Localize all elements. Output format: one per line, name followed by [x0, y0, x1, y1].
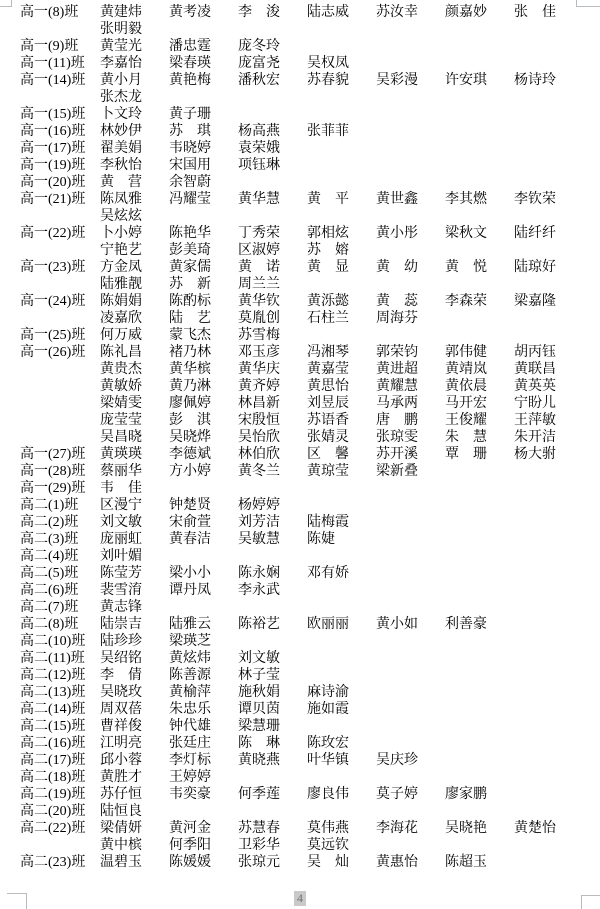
student-name: 郭相炫	[307, 225, 376, 242]
student-name: 黄靖岚	[445, 361, 514, 378]
student-name: 陆恒良	[100, 803, 169, 820]
student-name: 黄华钦	[238, 293, 307, 310]
student-name: 吴彩漫	[376, 72, 445, 89]
student-name: 朱 慧	[445, 429, 514, 446]
student-name: 刘叶媚	[100, 548, 169, 565]
student-name: 张杰龙	[100, 89, 169, 106]
student-name: 黄琼莹	[307, 463, 376, 480]
student-name: 丁秀荣	[238, 225, 307, 242]
student-name: 黄艳梅	[169, 72, 238, 89]
margin-corner-mark-bottom-left	[7, 893, 27, 909]
roster-line: 高二(4)班 刘叶媚	[20, 548, 583, 565]
student-name: 袁荣娥	[238, 140, 307, 157]
student-name: 叶华镇	[307, 752, 376, 769]
class-label: 高二(11)班	[20, 650, 100, 667]
student-name: 杨婷婷	[238, 497, 307, 514]
student-name: 梁小小	[169, 565, 238, 582]
roster-line: 高一(28)班 蔡丽华方小婷黄冬兰黄琼莹梁新叠	[20, 463, 583, 480]
student-name: 廖良伟	[307, 786, 376, 803]
roster-line: 高一(21)班 陈凤雅冯耀莹黄华慧黄 平黄世鑫李其燃李钦荣	[20, 191, 583, 208]
student-name: 陈凤雅	[100, 191, 169, 208]
class-roster: 高一(8)班 黄建炜黄考凌李 浚陆志威苏汝幸颜嘉妙张 佳 张明毅 高一(9)班 …	[20, 4, 583, 871]
student-name: 吴庆珍	[376, 752, 445, 769]
student-name: 张婧灵	[307, 429, 376, 446]
roster-line: 黄贵杰黄华槟黄华庆黄嘉莹黄进超黄靖岚黄联昌	[20, 361, 583, 378]
student-name: 周兰兰	[238, 276, 307, 293]
student-name: 黄楚怡	[514, 820, 583, 837]
student-name: 庞莹莹	[100, 412, 169, 429]
student-name: 李 浚	[238, 4, 307, 21]
student-name: 吴炫炫	[100, 208, 169, 225]
roster-line: 高二(3)班 庞丽虹黄春洁吴敏慧陈婕	[20, 531, 583, 548]
student-name: 廖家鹏	[445, 786, 514, 803]
roster-line: 高一(29)班 韦 佳	[20, 480, 583, 497]
class-label	[20, 21, 100, 38]
class-label: 高一(9)班	[20, 38, 100, 55]
student-name: 梁婧雯	[100, 395, 169, 412]
class-label	[20, 361, 100, 378]
roster-line: 高二(1)班 区漫宁钟楚贤杨婷婷	[20, 497, 583, 514]
class-label	[20, 310, 100, 327]
student-name: 潘忠霆	[169, 38, 238, 55]
student-name: 江明亮	[100, 735, 169, 752]
student-name: 黄家儒	[169, 259, 238, 276]
class-label	[20, 276, 100, 293]
student-name: 陈艳华	[169, 225, 238, 242]
class-label: 高一(27)班	[20, 446, 100, 463]
roster-line: 张明毅	[20, 21, 583, 38]
student-name: 冯湘琴	[307, 344, 376, 361]
student-name: 温碧玉	[100, 854, 169, 871]
student-name: 梁春瑛	[169, 55, 238, 72]
student-name: 林昌新	[238, 395, 307, 412]
class-label	[20, 89, 100, 106]
student-name: 吴绍铭	[100, 650, 169, 667]
roster-line: 高一(8)班 黄建炜黄考凌李 浚陆志威苏汝幸颜嘉妙张 佳	[20, 4, 583, 21]
student-name: 彭美琦	[169, 242, 238, 259]
class-label: 高一(25)班	[20, 327, 100, 344]
class-label: 高二(22)班	[20, 820, 100, 837]
student-name: 吴晓烨	[169, 429, 238, 446]
student-name: 苏汝幸	[376, 4, 445, 21]
document-page: 高一(8)班 黄建炜黄考凌李 浚陆志威苏汝幸颜嘉妙张 佳 张明毅 高一(9)班 …	[0, 0, 600, 909]
student-name: 刘芳洁	[238, 514, 307, 531]
student-name: 黄耀慧	[376, 378, 445, 395]
student-name: 黄小月	[100, 72, 169, 89]
student-name: 周海芬	[376, 310, 445, 327]
student-name: 李海花	[376, 820, 445, 837]
student-name: 陆雅靓	[100, 276, 169, 293]
student-name: 吴权凤	[307, 55, 376, 72]
roster-line: 高二(11)班 吴绍铭黄炫炜刘文敏	[20, 650, 583, 667]
roster-line: 高一(11)班 李嘉怡梁春瑛庞富尧吴权凤	[20, 55, 583, 72]
student-name: 卫彩华	[238, 837, 307, 854]
roster-line: 高二(13)班 吴晓玫黄榆萍施秋娟麻诗渝	[20, 684, 583, 701]
student-name: 梁慧珊	[238, 718, 307, 735]
student-name: 陈永娴	[238, 565, 307, 582]
class-label: 高二(4)班	[20, 548, 100, 565]
student-name: 黄小彤	[376, 225, 445, 242]
student-name: 钟代雄	[169, 718, 238, 735]
student-name: 许安琪	[445, 72, 514, 89]
student-name: 刘文敏	[100, 514, 169, 531]
class-label: 高一(14)班	[20, 72, 100, 89]
student-name: 周双蓓	[100, 701, 169, 718]
student-name: 张琼雯	[376, 429, 445, 446]
roster-line: 高一(26)班 陈礼昌褚乃林邓玉彦冯湘琴郭荣钧郭伟健胡丙钰	[20, 344, 583, 361]
student-name: 廖佩婷	[169, 395, 238, 412]
student-name: 宋国用	[169, 157, 238, 174]
student-name: 梁瑛芝	[169, 633, 238, 650]
student-name: 杨大驸	[514, 446, 583, 463]
student-name: 黄莹光	[100, 38, 169, 55]
student-name: 李永武	[238, 582, 307, 599]
student-name: 黄榆萍	[169, 684, 238, 701]
student-name: 陆琼好	[514, 259, 583, 276]
student-name: 黄小如	[376, 616, 445, 633]
student-name: 钟楚贤	[169, 497, 238, 514]
roster-line: 高一(17)班 翟美娟韦晓婷袁荣娥	[20, 140, 583, 157]
roster-line: 高二(10)班 陆珍珍梁瑛芝	[20, 633, 583, 650]
student-name: 马开宏	[445, 395, 514, 412]
roster-line: 高一(14)班 黄小月黄艳梅潘秋宏苏春貌吴彩漫许安琪杨诗玲	[20, 72, 583, 89]
roster-line: 高一(27)班 黄瑛瑛李德斌林伯欣区 馨苏开溪覃 珊杨大驸	[20, 446, 583, 463]
class-label: 高一(24)班	[20, 293, 100, 310]
student-name: 蔡丽华	[100, 463, 169, 480]
student-name: 朱开洁	[514, 429, 583, 446]
class-label: 高二(17)班	[20, 752, 100, 769]
student-name: 吴敏慧	[238, 531, 307, 548]
class-label: 高二(15)班	[20, 718, 100, 735]
student-name: 邓玉彦	[238, 344, 307, 361]
roster-line: 吴昌晓吴晓烨吴怡欣张婧灵张琼雯朱 慧朱开洁	[20, 429, 583, 446]
roster-line: 高一(25)班 何万威蒙飞杰苏雪梅	[20, 327, 583, 344]
student-name: 苏 嫆	[307, 242, 376, 259]
roster-line: 张杰龙	[20, 89, 583, 106]
student-name: 吴晓艳	[445, 820, 514, 837]
student-name: 莫远钦	[307, 837, 376, 854]
roster-line: 高一(15)班 卜文玲黄子珊	[20, 106, 583, 123]
student-name: 黄敏娇	[100, 378, 169, 395]
student-name: 黄依晨	[445, 378, 514, 395]
student-name: 项钰琳	[238, 157, 307, 174]
roster-line: 高二(12)班 李 倩陈善源林子莹	[20, 667, 583, 684]
student-name: 黄炫炜	[169, 650, 238, 667]
student-name: 李秋怡	[100, 157, 169, 174]
class-label: 高一(11)班	[20, 55, 100, 72]
student-name: 黄华槟	[169, 361, 238, 378]
class-label: 高一(16)班	[20, 123, 100, 140]
class-label	[20, 378, 100, 395]
roster-line: 高一(19)班 李秋怡宋国用项钰琳	[20, 157, 583, 174]
student-name: 庞富尧	[238, 55, 307, 72]
student-name: 黄子珊	[169, 106, 238, 123]
class-label	[20, 837, 100, 854]
class-label: 高一(8)班	[20, 4, 100, 21]
student-name: 庞冬玲	[238, 38, 307, 55]
roster-line: 陆雅靓苏 新周兰兰	[20, 276, 583, 293]
class-label: 高二(13)班	[20, 684, 100, 701]
student-name: 马承两	[376, 395, 445, 412]
student-name: 李钦荣	[514, 191, 583, 208]
student-name: 陈礼昌	[100, 344, 169, 361]
student-name: 苏仔恒	[100, 786, 169, 803]
student-name: 黄 幼	[376, 259, 445, 276]
student-name: 方小婷	[169, 463, 238, 480]
student-name: 陈婕	[307, 531, 376, 548]
student-name: 胡丙钰	[514, 344, 583, 361]
student-name: 梁倩妍	[100, 820, 169, 837]
class-label: 高一(20)班	[20, 174, 100, 191]
student-name: 陈娟娟	[100, 293, 169, 310]
student-name: 韦 佳	[100, 480, 169, 497]
roster-line: 宁艳艺彭美琦区淑婷苏 嫆	[20, 242, 583, 259]
roster-line: 高二(23)班 温碧玉陈媛媛张琼元吴 灿黄惠怡陈超玉	[20, 854, 583, 871]
student-name: 方金凤	[100, 259, 169, 276]
student-name: 黄世鑫	[376, 191, 445, 208]
class-label	[20, 395, 100, 412]
class-label: 高二(7)班	[20, 599, 100, 616]
student-name: 何万威	[100, 327, 169, 344]
student-name: 陆雅云	[169, 616, 238, 633]
student-name: 黄贵杰	[100, 361, 169, 378]
student-name: 陈莹芳	[100, 565, 169, 582]
roster-line: 梁婧雯廖佩婷林昌新刘昱辰马承两马开宏宁盼儿	[20, 395, 583, 412]
roster-line: 高一(22)班 卜小婷陈艳华丁秀荣郭相炫黄小彤梁秋文陆纤纤	[20, 225, 583, 242]
student-name: 黄 平	[307, 191, 376, 208]
student-name: 黄志锋	[100, 599, 169, 616]
student-name: 褚乃林	[169, 344, 238, 361]
roster-line: 高二(7)班 黄志锋	[20, 599, 583, 616]
student-name: 宁艳艺	[100, 242, 169, 259]
class-label: 高一(19)班	[20, 157, 100, 174]
student-name: 莫子婷	[376, 786, 445, 803]
class-label: 高一(17)班	[20, 140, 100, 157]
roster-line: 高二(2)班 刘文敏宋俞萱刘芳洁陆梅霞	[20, 514, 583, 531]
class-label: 高二(12)班	[20, 667, 100, 684]
class-label: 高一(29)班	[20, 480, 100, 497]
student-name: 陆纤纤	[514, 225, 583, 242]
student-name: 裴雪淯	[100, 582, 169, 599]
student-name: 黄英英	[514, 378, 583, 395]
student-name: 李其燃	[445, 191, 514, 208]
student-name: 颜嘉妙	[445, 4, 514, 21]
student-name: 黄建炜	[100, 4, 169, 21]
student-name: 吴 灿	[307, 854, 376, 871]
student-name: 何季莲	[238, 786, 307, 803]
roster-line: 吴炫炫	[20, 208, 583, 225]
student-name: 黄惠怡	[376, 854, 445, 871]
student-name: 刘昱辰	[307, 395, 376, 412]
student-name: 林伯欣	[238, 446, 307, 463]
student-name: 宁盼儿	[514, 395, 583, 412]
student-name: 陆珍珍	[100, 633, 169, 650]
student-name: 黄考凌	[169, 4, 238, 21]
student-name: 利善豪	[445, 616, 514, 633]
student-name: 陈玫宏	[307, 735, 376, 752]
student-name: 王萍敏	[514, 412, 583, 429]
student-name: 苏雪梅	[238, 327, 307, 344]
student-name: 谭丹凤	[169, 582, 238, 599]
student-name: 欧丽丽	[307, 616, 376, 633]
student-name: 黄中槟	[100, 837, 169, 854]
class-label: 高一(21)班	[20, 191, 100, 208]
student-name: 黄联昌	[514, 361, 583, 378]
student-name: 陆崇吉	[100, 616, 169, 633]
roster-line: 高二(19)班 苏仔恒韦奕豪何季莲廖良伟莫子婷廖家鹏	[20, 786, 583, 803]
student-name: 黄春洁	[169, 531, 238, 548]
student-name: 黄齐婷	[238, 378, 307, 395]
student-name: 苏开溪	[376, 446, 445, 463]
roster-line: 凌嘉欣陆 艺莫胤创石柱兰周海芬	[20, 310, 583, 327]
student-name: 曹祥俊	[100, 718, 169, 735]
student-name: 吴晓玫	[100, 684, 169, 701]
student-name: 黄 营	[100, 174, 169, 191]
student-name: 黄思怡	[307, 378, 376, 395]
roster-line: 高二(17)班 邱小蓉李灯标黄晓燕叶华镇吴庆珍	[20, 752, 583, 769]
roster-line: 高二(18)班 黄胜才王婷婷	[20, 769, 583, 786]
student-name: 杨诗玲	[514, 72, 583, 89]
student-name: 吴昌晓	[100, 429, 169, 446]
class-label	[20, 208, 100, 225]
student-name: 黄冬兰	[238, 463, 307, 480]
student-name: 蒙飞杰	[169, 327, 238, 344]
student-name: 李 倩	[100, 667, 169, 684]
roster-line: 高二(22)班 梁倩妍黄河金苏慧春莫伟燕李海花吴晓艳黄楚怡	[20, 820, 583, 837]
student-name: 苏 琪	[169, 123, 238, 140]
student-name: 梁嘉隆	[514, 293, 583, 310]
student-name: 莫胤创	[238, 310, 307, 327]
student-name: 谭贝茵	[238, 701, 307, 718]
roster-line: 高二(20)班 陆恒良	[20, 803, 583, 820]
student-name: 陆 艺	[169, 310, 238, 327]
student-name: 莫伟燕	[307, 820, 376, 837]
student-name: 王婷婷	[169, 769, 238, 786]
student-name: 黄泺懿	[307, 293, 376, 310]
student-name: 黄河金	[169, 820, 238, 837]
roster-line: 黄敏娇黄乃淋黄齐婷黄思怡黄耀慧黄依晨黄英英	[20, 378, 583, 395]
student-name: 卜文玲	[100, 106, 169, 123]
student-name: 潘秋宏	[238, 72, 307, 89]
class-label: 高一(28)班	[20, 463, 100, 480]
class-label: 高二(10)班	[20, 633, 100, 650]
class-label: 高二(20)班	[20, 803, 100, 820]
student-name: 李嘉怡	[100, 55, 169, 72]
student-name: 刘文敏	[238, 650, 307, 667]
student-name: 张菲菲	[307, 123, 376, 140]
student-name: 庞丽虹	[100, 531, 169, 548]
student-name: 余智蔚	[169, 174, 238, 191]
student-name: 陈超玉	[445, 854, 514, 871]
class-label: 高二(1)班	[20, 497, 100, 514]
student-name: 苏语香	[307, 412, 376, 429]
student-name: 李灯标	[169, 752, 238, 769]
student-name: 梁秋文	[445, 225, 514, 242]
student-name: 张明毅	[100, 21, 169, 38]
student-name: 苏慧春	[238, 820, 307, 837]
student-name: 韦晓婷	[169, 140, 238, 157]
roster-line: 高一(20)班 黄 营余智蔚	[20, 174, 583, 191]
class-label: 高二(14)班	[20, 701, 100, 718]
roster-line: 高二(5)班 陈莹芳梁小小陈永娴邓有娇	[20, 565, 583, 582]
roster-line: 高二(15)班 曹祥俊钟代雄梁慧珊	[20, 718, 583, 735]
student-name: 梁新叠	[376, 463, 445, 480]
class-label	[20, 242, 100, 259]
roster-line: 高二(8)班 陆崇吉陆雅云陈裕艺欧丽丽黄小如利善豪	[20, 616, 583, 633]
student-name: 吴怡欣	[238, 429, 307, 446]
student-name: 凌嘉欣	[100, 310, 169, 327]
student-name: 黄华庆	[238, 361, 307, 378]
student-name: 林子莹	[238, 667, 307, 684]
student-name: 翟美娟	[100, 140, 169, 157]
class-label: 高一(23)班	[20, 259, 100, 276]
student-name: 苏 新	[169, 276, 238, 293]
class-label: 高二(2)班	[20, 514, 100, 531]
roster-line: 高二(6)班 裴雪淯谭丹凤李永武	[20, 582, 583, 599]
class-label: 高一(22)班	[20, 225, 100, 242]
student-name: 李德斌	[169, 446, 238, 463]
student-name: 陈善源	[169, 667, 238, 684]
student-name: 陈媛媛	[169, 854, 238, 871]
student-name: 邱小蓉	[100, 752, 169, 769]
roster-line: 高二(16)班 江明亮张廷庄陈 琳陈玫宏	[20, 735, 583, 752]
student-name: 区淑婷	[238, 242, 307, 259]
roster-line: 高一(24)班 陈娟娟陈酌标黄华钦黄泺懿黄 蕊李森荣梁嘉隆	[20, 293, 583, 310]
margin-corner-mark-top-left	[0, 0, 12, 7]
class-label: 高二(23)班	[20, 854, 100, 871]
roster-line: 黄中槟何季阳卫彩华莫远钦	[20, 837, 583, 854]
student-name: 黄进超	[376, 361, 445, 378]
roster-line: 高一(16)班 林妙伊苏 琪杨高燕张菲菲	[20, 123, 583, 140]
student-name: 邓有娇	[307, 565, 376, 582]
roster-line: 高一(9)班 黄莹光潘忠霆庞冬玲	[20, 38, 583, 55]
student-name: 陈酌标	[169, 293, 238, 310]
student-name: 区漫宁	[100, 497, 169, 514]
student-name: 陆志威	[307, 4, 376, 21]
class-label: 高二(19)班	[20, 786, 100, 803]
student-name: 麻诗渝	[307, 684, 376, 701]
class-label: 高二(5)班	[20, 565, 100, 582]
roster-line: 高二(14)班 周双蓓朱忠乐谭贝茵施如霞	[20, 701, 583, 718]
student-name: 卜小婷	[100, 225, 169, 242]
student-name: 彭 淇	[169, 412, 238, 429]
student-name: 张琼元	[238, 854, 307, 871]
class-label: 高一(26)班	[20, 344, 100, 361]
class-label: 高一(15)班	[20, 106, 100, 123]
roster-line: 高一(23)班 方金凤黄家儒黄 诺黄 显黄 幼黄 悦陆琼好	[20, 259, 583, 276]
student-name: 石柱兰	[307, 310, 376, 327]
student-name: 何季阳	[169, 837, 238, 854]
student-name: 杨高燕	[238, 123, 307, 140]
student-name: 黄嘉莹	[307, 361, 376, 378]
student-name: 冯耀莹	[169, 191, 238, 208]
student-name: 苏春貌	[307, 72, 376, 89]
student-name: 黄晓燕	[238, 752, 307, 769]
student-name: 李森荣	[445, 293, 514, 310]
student-name: 陈裕艺	[238, 616, 307, 633]
student-name: 陈 琳	[238, 735, 307, 752]
student-name: 黄 悦	[445, 259, 514, 276]
student-name: 黄 蕊	[376, 293, 445, 310]
student-name: 唐 鹏	[376, 412, 445, 429]
class-label: 高二(18)班	[20, 769, 100, 786]
class-label: 高二(8)班	[20, 616, 100, 633]
roster-line: 庞莹莹彭 淇宋殷恒苏语香唐 鹏王俊耀王萍敏	[20, 412, 583, 429]
student-name: 张廷庄	[169, 735, 238, 752]
class-label	[20, 429, 100, 446]
student-name: 林妙伊	[100, 123, 169, 140]
student-name: 覃 珊	[445, 446, 514, 463]
